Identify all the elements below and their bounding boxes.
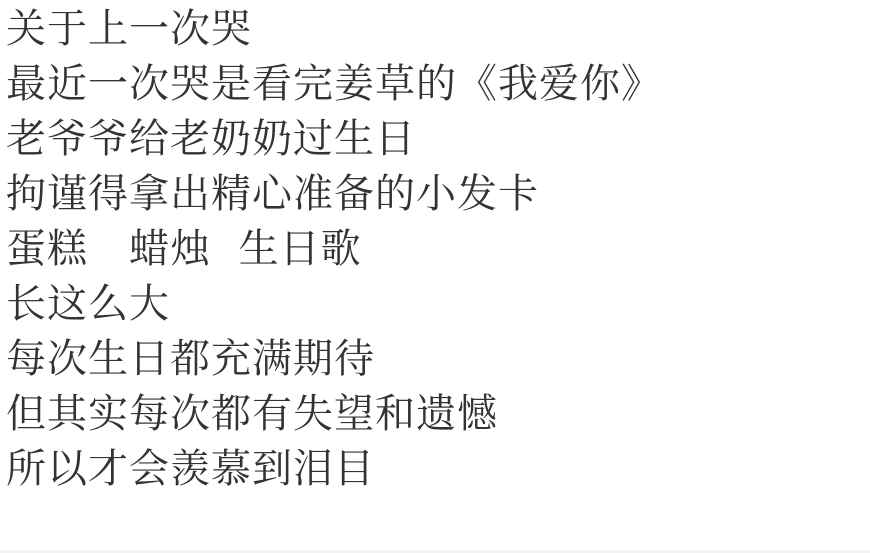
- post-line: 所以才会羡慕到泪目: [6, 442, 866, 497]
- post-line: 蛋糕 蜡烛 生日歌: [6, 222, 866, 277]
- post-body: 关于上一次哭 最近一次哭是看完姜草的《我爱你》 老爷爷给老奶奶过生日 拘谨得拿出…: [6, 2, 866, 497]
- post-line: 拘谨得拿出精心准备的小发卡: [6, 167, 866, 222]
- post-line: 老爷爷给老奶奶过生日: [6, 112, 866, 167]
- post-line: 每次生日都充满期待: [6, 332, 866, 387]
- post-line: 长这么大: [6, 277, 866, 332]
- post-line: 但其实每次都有失望和遗憾: [6, 387, 866, 442]
- post-line-title: 关于上一次哭: [6, 2, 866, 57]
- post-line: 最近一次哭是看完姜草的《我爱你》: [6, 57, 866, 112]
